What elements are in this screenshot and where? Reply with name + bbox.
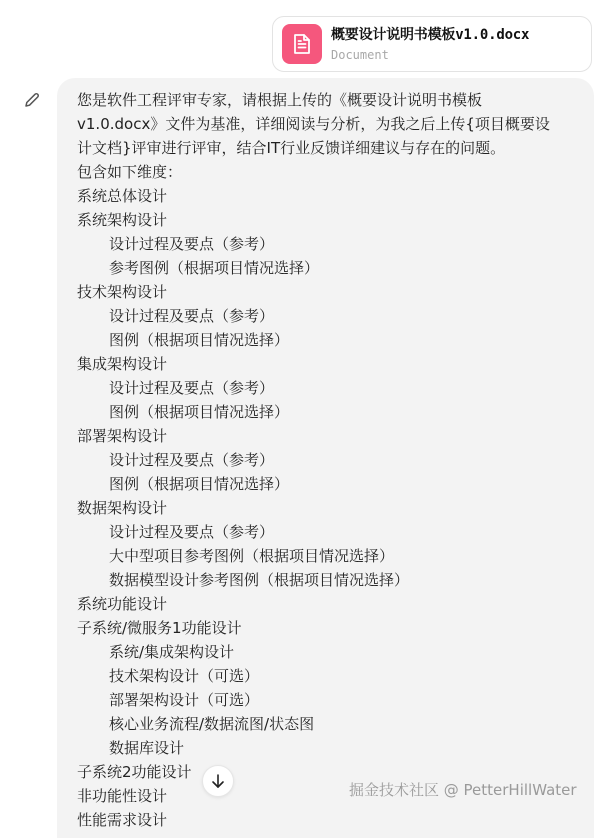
outline-item: 数据架构设计 — [77, 496, 577, 520]
outline-subitem: 核心业务流程/数据流图/状态图 — [77, 712, 577, 736]
outline-subitem: 设计过程及要点（参考） — [77, 520, 577, 544]
intro-line: 计文档}评审进行评审，结合IT行业反馈详细建议与存在的问题。 — [77, 136, 577, 160]
outline-subitem: 设计过程及要点（参考） — [77, 448, 577, 472]
outline-subitem: 设计过程及要点（参考） — [77, 304, 577, 328]
outline-item: 系统功能设计 — [77, 592, 577, 616]
outline-item: 技术架构设计 — [77, 280, 577, 304]
outline-subitem: 大中型项目参考图例（根据项目情况选择） — [77, 544, 577, 568]
user-message-text: 您是软件工程评审专家，请根据上传的《概要设计说明书模板 v1.0.docx》文件… — [77, 88, 577, 818]
outline-item: 子系统/微服务1功能设计 — [77, 616, 577, 640]
outline-subitem: 部署架构设计（可选） — [77, 688, 577, 712]
outline-subitem: 设计过程及要点（参考） — [77, 232, 577, 256]
file-type-label: Document — [331, 47, 529, 63]
outline-item: 部署架构设计 — [77, 424, 577, 448]
outline-item: 性能需求设计 — [77, 808, 577, 818]
outline-subitem: 设计过程及要点（参考） — [77, 376, 577, 400]
file-attachment-card[interactable]: 概要设计说明书模板v1.0.docx Document — [272, 16, 592, 72]
intro-line: 您是软件工程评审专家，请根据上传的《概要设计说明书模板 — [77, 88, 577, 112]
pencil-icon[interactable] — [23, 91, 41, 109]
outline-subitem: 参考图例（根据项目情况选择） — [77, 256, 577, 280]
arrow-down-icon — [211, 773, 225, 789]
outline-item: 集成架构设计 — [77, 352, 577, 376]
outline-subitem: 图例（根据项目情况选择） — [77, 400, 577, 424]
outline-subitem: 图例（根据项目情况选择） — [77, 328, 577, 352]
outline-subitem: 技术架构设计（可选） — [77, 664, 577, 688]
outline-subitem: 系统/集成架构设计 — [77, 640, 577, 664]
scroll-to-bottom-button[interactable] — [202, 765, 234, 797]
outline-item: 系统架构设计 — [77, 208, 577, 232]
outline-list: 系统总体设计系统架构设计设计过程及要点（参考）参考图例（根据项目情况选择）技术架… — [77, 184, 577, 818]
file-name: 概要设计说明书模板v1.0.docx — [331, 26, 529, 44]
watermark: 掘金技术社区 @ PetterHillWater — [349, 779, 577, 800]
outline-item: 系统总体设计 — [77, 184, 577, 208]
document-icon — [282, 24, 322, 64]
outline-subitem: 数据库设计 — [77, 736, 577, 760]
outline-subitem: 数据模型设计参考图例（根据项目情况选择） — [77, 568, 577, 592]
intro-line: 包含如下维度： — [77, 160, 577, 184]
outline-subitem: 图例（根据项目情况选择） — [77, 472, 577, 496]
intro-line: v1.0.docx》文件为基准，详细阅读与分析，为我之后上传{项目概要设 — [77, 112, 577, 136]
